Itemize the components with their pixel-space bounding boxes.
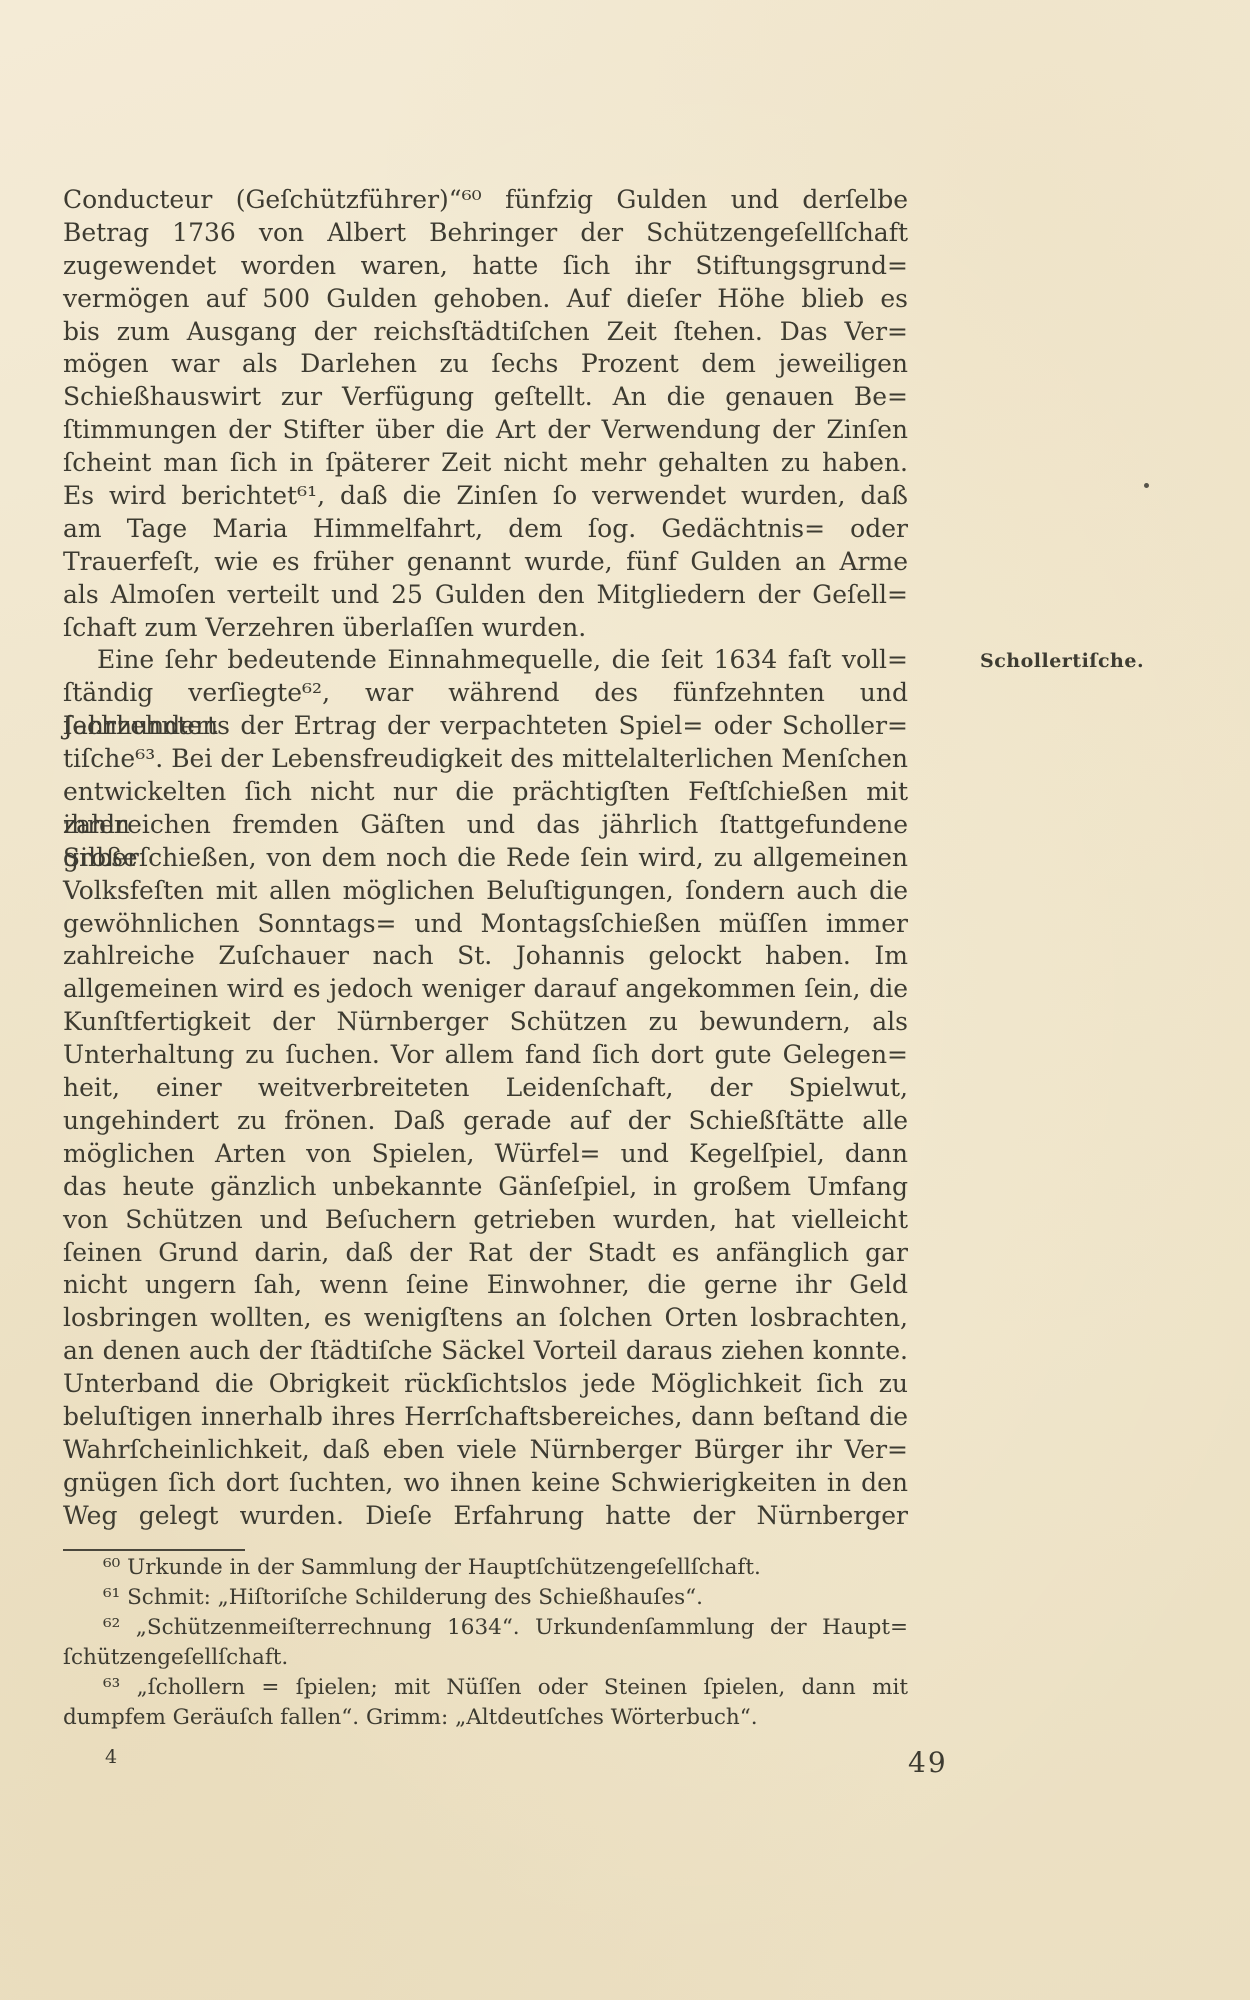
body-line: losbringen wollten, es wenigſtens an ſol… <box>63 1302 908 1335</box>
footnote-separator <box>63 1549 245 1551</box>
body-line: das heute gänzlich unbekannte Gänſeſpiel… <box>63 1171 908 1204</box>
body-line: Jahrhunderts der Ertrag der verpachteten… <box>63 710 908 743</box>
footnote-line: ⁶⁰ Urkunde in der Sammlung der Hauptſchü… <box>63 1553 908 1583</box>
body-line: ſtändig verſiegte⁶², war während des fün… <box>63 677 908 710</box>
body-line: Betrag 1736 von Albert Behringer der Sch… <box>63 217 908 250</box>
footnote-line: ⁶² „Schützenmeiſterrechnung 1634“. Urkun… <box>63 1613 908 1643</box>
body-line: als Almoſen verteilt und 25 Gulden den M… <box>63 579 908 612</box>
body-line: nicht ungern ſah, wenn ſeine Einwohner, … <box>63 1269 908 1302</box>
body-line: tiſche⁶³. Bei der Lebensfreudigkeit des … <box>63 743 908 776</box>
footnotes-block: ⁶⁰ Urkunde in der Sammlung der Hauptſchü… <box>63 1553 908 1733</box>
body-line: an denen auch der ſtädtiſche Säckel Vort… <box>63 1335 908 1368</box>
body-line: bis zum Ausgang der reichsſtädtiſchen Ze… <box>63 316 908 349</box>
body-line: ſchaft zum Verzehren überlaſſen wurden. <box>63 612 908 645</box>
ink-speck <box>1144 483 1149 488</box>
body-line: Eine ſehr bedeutende Einnahmequelle, die… <box>63 644 908 677</box>
body-text-block: Conducteur (Geſchützführer)“⁶⁰ fünfzig G… <box>63 184 908 1533</box>
margin-note: Schollertiſche. <box>980 650 1190 672</box>
body-line: beluſtigen innerhalb ihres Herrſchaftsbe… <box>63 1401 908 1434</box>
body-line: Conducteur (Geſchützführer)“⁶⁰ fünfzig G… <box>63 184 908 217</box>
body-line: Weg gelegt wurden. Dieſe Erfahrung hatte… <box>63 1500 908 1533</box>
page-number: 49 <box>908 1746 948 1779</box>
body-line: zahlreichen fremden Gäſten und das jährl… <box>63 809 908 842</box>
signature-mark: 4 <box>105 1746 117 1768</box>
body-line: heit, einer weitverbreiteten Leidenſchaf… <box>63 1072 908 1105</box>
body-line: Es wird berichtet⁶¹, daß die Zinſen ſo v… <box>63 480 908 513</box>
body-line: Kunſtfertigkeit der Nürnberger Schützen … <box>63 1006 908 1039</box>
footnote-line: ⁶³ „ſchollern = ſpielen; mit Nüſſen oder… <box>63 1673 908 1703</box>
body-line: ſeinen Grund darin, daß der Rat der Stad… <box>63 1237 908 1270</box>
body-line: Trauerfeſt, wie es früher genannt wurde,… <box>63 546 908 579</box>
body-line: gewöhnlichen Sonntags= und Montagsſchieß… <box>63 908 908 941</box>
body-line: zugewendet worden waren, hatte ſich ihr … <box>63 250 908 283</box>
body-line: von Schützen und Beſuchern getrieben wur… <box>63 1204 908 1237</box>
body-line: Wahrſcheinlichkeit, daß eben viele Nürnb… <box>63 1434 908 1467</box>
footnote-line: ⁶¹ Schmit: „Hiſtoriſche Schilderung des … <box>63 1583 908 1613</box>
body-line: ungehindert zu frönen. Daß gerade auf de… <box>63 1105 908 1138</box>
body-line: Volksfeſten mit allen möglichen Beluſtig… <box>63 875 908 908</box>
footnote-line: ſchützengeſellſchaft. <box>63 1643 908 1673</box>
body-line: zahlreiche Zuſchauer nach St. Johannis g… <box>63 940 908 973</box>
body-line: Silberſchießen, von dem noch die Rede ſe… <box>63 842 908 875</box>
body-line: mögen war als Darlehen zu ſechs Prozent … <box>63 348 908 381</box>
body-line: am Tage Maria Himmelfahrt, dem ſog. Gedä… <box>63 513 908 546</box>
body-line: vermögen auf 500 Gulden gehoben. Auf die… <box>63 283 908 316</box>
book-page-scan: Conducteur (Geſchützführer)“⁶⁰ fünfzig G… <box>0 0 1250 2000</box>
body-line: Unterband die Obrigkeit rückſichtslos je… <box>63 1368 908 1401</box>
body-line: entwickelten ſich nicht nur die prächtig… <box>63 776 908 809</box>
body-line: möglichen Arten von Spielen, Würfel= und… <box>63 1138 908 1171</box>
body-line: ſcheint man ſich in ſpäterer Zeit nicht … <box>63 447 908 480</box>
body-line: allgemeinen wird es jedoch weniger darau… <box>63 973 908 1006</box>
body-line: ſtimmungen der Stifter über die Art der … <box>63 414 908 447</box>
footnote-line: dumpfem Geräuſch fallen“. Grimm: „Altdeu… <box>63 1703 908 1733</box>
body-line: gnügen ſich dort ſuchten, wo ihnen keine… <box>63 1467 908 1500</box>
body-line: Unterhaltung zu ſuchen. Vor allem fand ſ… <box>63 1039 908 1072</box>
body-line: Schießhauswirt zur Verfügung geſtellt. A… <box>63 381 908 414</box>
